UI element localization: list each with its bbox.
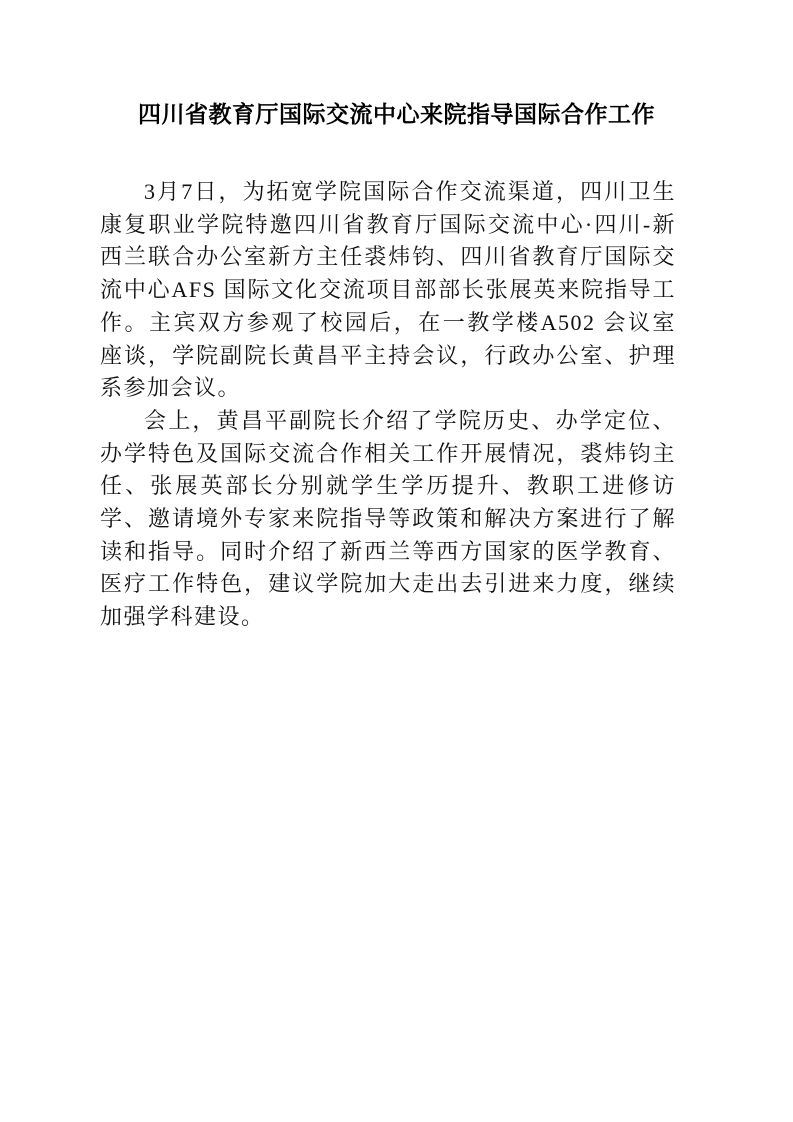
paragraph-2: 会上，黄昌平副院长介绍了学院历史、办学定位、办学特色及国际交流合作相关工作开展情… — [100, 405, 676, 634]
document-body: 3月7日，为拓宽学院国际合作交流渠道，四川卫生康复职业学院特邀四川省教育厅国际交… — [100, 176, 676, 634]
document-title: 四川省教育厅国际交流中心来院指导国际合作工作 — [0, 0, 793, 132]
document-page: 四川省教育厅国际交流中心来院指导国际合作工作 3月7日，为拓宽学院国际合作交流渠… — [0, 0, 793, 1122]
paragraph-1: 3月7日，为拓宽学院国际合作交流渠道，四川卫生康复职业学院特邀四川省教育厅国际交… — [100, 176, 676, 405]
